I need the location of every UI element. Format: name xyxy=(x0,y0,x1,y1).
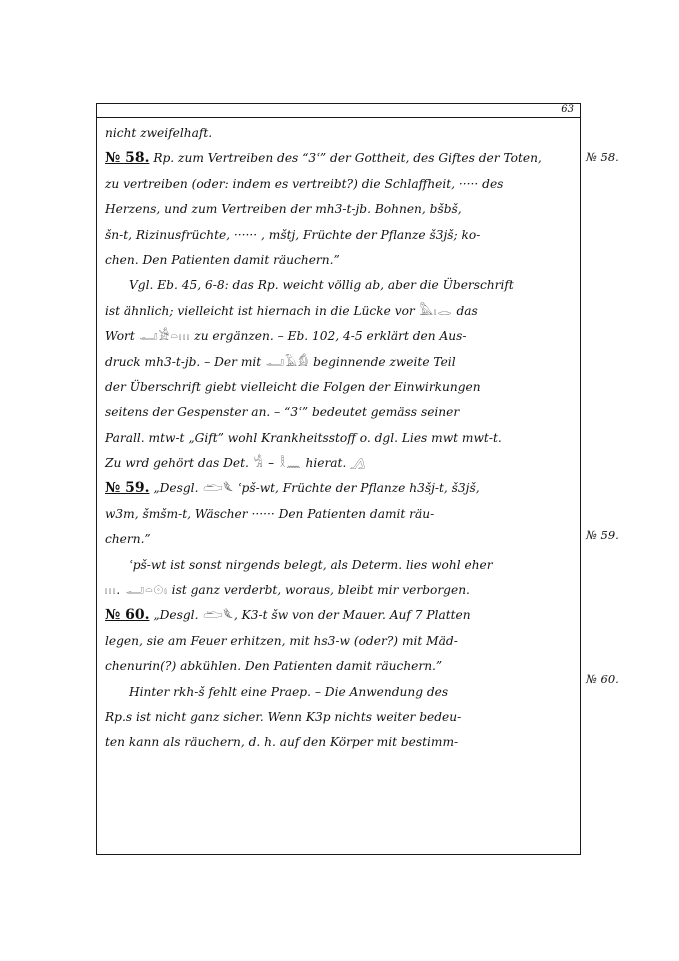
line-text: Rp.s ist nicht ganz sicher. Wenn K3p nic… xyxy=(105,710,461,724)
text-line: № 59. „Desgl. 𓂧𓆰 ʿpš-wt, Früchte der Pfl… xyxy=(105,476,574,501)
hieroglyph-icon: 𓀜 – 𓎛𓈖 xyxy=(249,456,302,470)
page-number: 63 xyxy=(561,104,574,115)
text-line: ten kann als räuchern, d. h. auf den Kör… xyxy=(105,730,574,755)
line-text: ʿpš-wt ist sonst nirgends belegt, als De… xyxy=(129,558,493,572)
line-text: ist ähnlich; vielleicht ist hiernach in … xyxy=(105,304,415,318)
line-text: Hinter rkh-š fehlt eine Praep. – Die Anw… xyxy=(129,685,448,699)
line-text: Parall. mtw-t „Gift” wohl Krankheitsstof… xyxy=(105,431,502,445)
hieroglyph-icon: 𓂝𓄿𓀁 xyxy=(261,355,309,369)
entry-number: № 59. xyxy=(105,480,149,496)
text-line: chen. Den Patienten damit räuchern.” xyxy=(105,248,574,273)
manuscript-body: nicht zweifelhaft.№ 58. Rp. zum Vertreib… xyxy=(105,121,574,756)
line-text: ten kann als räuchern, d. h. auf den Kör… xyxy=(105,735,458,749)
line-text-tail: ʿpš-wt, Früchte der Pflanze h3šj-t, š3jš… xyxy=(234,481,480,495)
line-text-tail: , K3-t šw von der Mauer. Auf 7 Platten xyxy=(234,608,471,622)
margin-entry-number: № 58. xyxy=(586,150,619,164)
text-line: 𓏥. 𓂝𓏏𓇳𓏤 ist ganz verderbt, woraus, bleib… xyxy=(105,578,574,603)
entry-number: № 58. xyxy=(105,150,149,166)
text-line: Hinter rkh-š fehlt eine Praep. – Die Anw… xyxy=(105,680,574,705)
line-text: šn-t, Rizinusfrüchte, ······ , mštj, Frü… xyxy=(105,228,480,242)
text-line: Parall. mtw-t „Gift” wohl Krankheitsstof… xyxy=(105,426,574,451)
line-text-tail: hierat. 𓂻 xyxy=(302,456,366,470)
line-text-tail: das xyxy=(453,304,478,318)
line-text: chern.” xyxy=(105,532,151,546)
line-text: „Desgl. xyxy=(149,481,198,495)
line-text: druck mh3-t-jb. – Der mit xyxy=(105,355,261,369)
text-line: Rp.s ist nicht ganz sicher. Wenn K3p nic… xyxy=(105,705,574,730)
text-line: chenurin(?) abkühlen. Den Patienten dami… xyxy=(105,654,574,679)
line-text: „Desgl. xyxy=(149,608,198,622)
text-line: Wort 𓂝𓀀𓏏𓏥 zu ergänzen. – Eb. 102, 4-5 er… xyxy=(105,324,574,349)
text-line: druck mh3-t-jb. – Der mit 𓂝𓄿𓀁 beginnende… xyxy=(105,350,574,375)
text-line: der Überschrift giebt vielleicht die Fol… xyxy=(105,375,574,400)
line-text: Zu wrd gehört das Det. xyxy=(105,456,249,470)
text-line: seitens der Gespenster an. – “3ʿ” bedeut… xyxy=(105,400,574,425)
line-text: Herzens, und zum Vertreiben der mh3-t-jb… xyxy=(105,202,462,216)
entry-number: № 60. xyxy=(105,607,149,623)
line-text: Rp. zum Vertreiben des “3ʿ” der Gottheit… xyxy=(149,151,541,165)
line-text: Wort xyxy=(105,329,135,343)
hieroglyph-icon: 𓅓𓏤𓂋 xyxy=(415,304,453,318)
text-line: Herzens, und zum Vertreiben der mh3-t-jb… xyxy=(105,197,574,222)
text-line: Zu wrd gehört das Det. 𓀜 – 𓎛𓈖 hierat. 𓂻 xyxy=(105,451,574,476)
text-line: chern.” xyxy=(105,527,574,552)
hieroglyph-icon: 𓂧𓆰 xyxy=(198,608,233,622)
text-line: w3m, šmšm-t, Wäscher ······ Den Patiente… xyxy=(105,502,574,527)
line-text: w3m, šmšm-t, Wäscher ······ Den Patiente… xyxy=(105,507,434,521)
line-text: chenurin(?) abkühlen. Den Patienten dami… xyxy=(105,659,442,673)
line-text: der Überschrift giebt vielleicht die Fol… xyxy=(105,380,481,394)
hieroglyph-icon: 𓂧𓆰 xyxy=(198,481,233,495)
header-rule xyxy=(97,117,580,118)
text-line: šn-t, Rizinusfrüchte, ······ , mštj, Frü… xyxy=(105,223,574,248)
hieroglyph-icon: 𓂝𓀀𓏏𓏥 xyxy=(135,329,191,343)
text-line: ist ähnlich; vielleicht ist hiernach in … xyxy=(105,299,574,324)
line-text: zu vertreiben (oder: indem es vertreibt?… xyxy=(105,177,503,191)
text-line: № 58. Rp. zum Vertreiben des “3ʿ” der Go… xyxy=(105,146,574,171)
line-text: seitens der Gespenster an. – “3ʿ” bedeut… xyxy=(105,405,459,419)
text-line: ʿpš-wt ist sonst nirgends belegt, als De… xyxy=(105,553,574,578)
line-text-tail: beginnende zweite Teil xyxy=(309,355,455,369)
line-text: chen. Den Patienten damit räuchern.” xyxy=(105,253,340,267)
line-text: Vgl. Eb. 45, 6-8: das Rp. weicht völlig … xyxy=(129,278,514,292)
line-text-tail: zu ergänzen. – Eb. 102, 4-5 erklärt den … xyxy=(190,329,466,343)
text-line: legen, sie am Feuer erhitzen, mit hs3-w … xyxy=(105,629,574,654)
text-line: Vgl. Eb. 45, 6-8: das Rp. weicht völlig … xyxy=(105,273,574,298)
line-text: nicht zweifelhaft. xyxy=(105,126,212,140)
line-text-tail: ist ganz verderbt, woraus, bleibt mir ve… xyxy=(168,583,470,597)
margin-entry-number: № 59. xyxy=(586,528,619,542)
hieroglyph-icon: 𓏥. 𓂝𓏏𓇳𓏤 xyxy=(105,583,168,597)
page-frame: 63 nicht zweifelhaft.№ 58. Rp. zum Vertr… xyxy=(96,103,581,855)
text-line: № 60. „Desgl. 𓂧𓆰, K3-t šw von der Mauer.… xyxy=(105,603,574,628)
margin-entry-number: № 60. xyxy=(586,672,619,686)
text-line: nicht zweifelhaft. xyxy=(105,121,574,146)
text-line: zu vertreiben (oder: indem es vertreibt?… xyxy=(105,172,574,197)
line-text: legen, sie am Feuer erhitzen, mit hs3-w … xyxy=(105,634,458,648)
